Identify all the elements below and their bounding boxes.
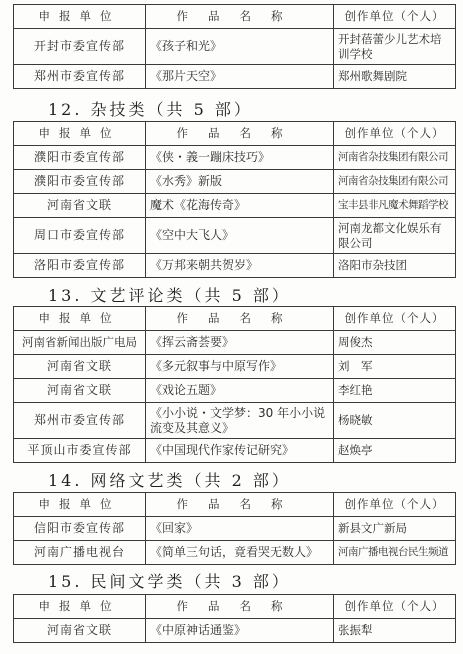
table-row: 濮阳市委宣传部 《侠・義一蹦床技巧》 河南省杂技集团有限公司 <box>14 146 456 170</box>
header-creator: 创作单位（个人） <box>334 595 456 619</box>
cell-work: 《戏论五题》 <box>146 379 334 403</box>
cell-unit: 濮阳市委宣传部 <box>14 146 146 170</box>
cell-work: 《空中大飞人》 <box>146 218 334 254</box>
table-row: 河南省文联 魔术《花海传奇》 宝丰县非凡魔术舞蹈学校 <box>14 194 456 218</box>
header-unit: 申报单位 <box>14 307 146 331</box>
table-header-row: 申报单位 作品名称 创作单位（个人） <box>14 122 456 146</box>
header-unit: 申报单位 <box>14 122 146 146</box>
cell-creator: 河南省杂技集团有限公司 <box>334 170 456 194</box>
header-work: 作品名称 <box>146 122 334 146</box>
header-work: 作品名称 <box>146 595 334 619</box>
table-literary-criticism: 申报单位 作品名称 创作单位（个人） 河南省新闻出版广电局 《挥云斋荟要》 周俊… <box>13 306 456 463</box>
cell-work: 《万邦来朝共贺岁》 <box>146 254 334 278</box>
table-row: 周口市委宣传部 《空中大飞人》 河南龙都文化娱乐有限公司 <box>14 218 456 254</box>
table-row: 河南省文联 《中原神话通鉴》 张振犁 <box>14 619 456 643</box>
cell-work: 《挥云斋荟要》 <box>146 331 334 355</box>
table-row: 濮阳市委宣传部 《水秀》新版 河南省杂技集团有限公司 <box>14 170 456 194</box>
section-title-online-arts: 14. 网络文艺类（共 2 部） <box>48 468 291 491</box>
table-row: 河南省文联 《多元叙事与中原写作》 刘 军 <box>14 355 456 379</box>
cell-unit: 濮阳市委宣传部 <box>14 170 146 194</box>
cell-unit: 河南广播电视台 <box>14 541 146 565</box>
table-online-arts: 申报单位 作品名称 创作单位（个人） 信阳市委宣传部 《回家》 新县文广新局 河… <box>13 492 456 565</box>
cell-unit: 洛阳市委宣传部 <box>14 254 146 278</box>
header-creator: 创作单位（个人） <box>334 493 456 517</box>
header-creator: 创作单位（个人） <box>334 122 456 146</box>
cell-work: 魔术《花海传奇》 <box>146 194 334 218</box>
cell-creator: 张振犁 <box>334 619 456 643</box>
header-unit: 申报单位 <box>14 595 146 619</box>
table-folk-literature: 申报单位 作品名称 创作单位（个人） 河南省文联 《中原神话通鉴》 张振犁 <box>13 594 456 643</box>
cell-work: 《那片天空》 <box>146 65 334 89</box>
cell-work: 《中国现代作家传记研究》 <box>146 439 334 463</box>
cell-unit: 河南省文联 <box>14 355 146 379</box>
cell-work: 《多元叙事与中原写作》 <box>146 355 334 379</box>
cell-unit: 河南省新闻出版广电局 <box>14 331 146 355</box>
table-row: 郑州市委宣传部 《那片天空》 郑州歌舞剧院 <box>14 65 456 89</box>
cell-unit: 郑州市委宣传部 <box>14 403 146 439</box>
cell-creator: 周俊杰 <box>334 331 456 355</box>
table-header-row: 申报单位 作品名称 创作单位（个人） <box>14 493 456 517</box>
cell-unit: 开封市委宣传部 <box>14 29 146 65</box>
header-work: 作品名称 <box>146 5 334 29</box>
table-row: 河南省文联 《戏论五题》 李红艳 <box>14 379 456 403</box>
header-work: 作品名称 <box>146 493 334 517</box>
cell-creator: 开封蓓蕾少儿艺术培训学校 <box>334 29 456 65</box>
cell-creator: 宝丰县非凡魔术舞蹈学校 <box>334 194 456 218</box>
cell-work: 《小小说・文学梦：30 年小小说流变及其意义》 <box>146 403 334 439</box>
cell-creator: 刘 军 <box>334 355 456 379</box>
cell-unit: 信阳市委宣传部 <box>14 517 146 541</box>
header-unit: 申报单位 <box>14 493 146 517</box>
cell-creator: 郑州歌舞剧院 <box>334 65 456 89</box>
cell-work: 《回家》 <box>146 517 334 541</box>
cell-creator: 赵焕亭 <box>334 439 456 463</box>
cell-work: 《孩子和光》 <box>146 29 334 65</box>
table-header-row: 申报单位 作品名称 创作单位（个人） <box>14 307 456 331</box>
cell-unit: 河南省文联 <box>14 619 146 643</box>
header-work: 作品名称 <box>146 307 334 331</box>
cell-creator: 洛阳市杂技团 <box>334 254 456 278</box>
cell-creator: 李红艳 <box>334 379 456 403</box>
cell-creator: 河南龙都文化娱乐有限公司 <box>334 218 456 254</box>
cell-creator: 河南广播电视台民生频道 <box>334 541 456 565</box>
table-row: 河南省新闻出版广电局 《挥云斋荟要》 周俊杰 <box>14 331 456 355</box>
table-row: 开封市委宣传部 《孩子和光》 开封蓓蕾少儿艺术培训学校 <box>14 29 456 65</box>
table-header-row: 申报单位 作品名称 创作单位（个人） <box>14 5 456 29</box>
section-title-literary-criticism: 13. 文艺评论类（共 5 部） <box>48 283 291 306</box>
header-creator: 创作单位（个人） <box>334 307 456 331</box>
section-title-acrobatics: 12. 杂技类（共 5 部） <box>48 97 253 120</box>
cell-unit: 郑州市委宣传部 <box>14 65 146 89</box>
section-title-folk-literature: 15. 民间文学类（共 3 部） <box>48 569 291 592</box>
cell-unit: 河南省文联 <box>14 194 146 218</box>
table-row: 洛阳市委宣传部 《万邦来朝共贺岁》 洛阳市杂技团 <box>14 254 456 278</box>
cell-unit: 周口市委宣传部 <box>14 218 146 254</box>
table-header-row: 申报单位 作品名称 创作单位（个人） <box>14 595 456 619</box>
table-row: 信阳市委宣传部 《回家》 新县文广新局 <box>14 517 456 541</box>
cell-creator: 杨晓敏 <box>334 403 456 439</box>
table-acrobatics: 申报单位 作品名称 创作单位（个人） 濮阳市委宣传部 《侠・義一蹦床技巧》 河南… <box>13 121 456 278</box>
cell-work: 《中原神话通鉴》 <box>146 619 334 643</box>
document-page: 申报单位 作品名称 创作单位（个人） 开封市委宣传部 《孩子和光》 开封蓓蕾少儿… <box>0 0 463 654</box>
cell-unit: 河南省文联 <box>14 379 146 403</box>
cell-creator: 新县文广新局 <box>334 517 456 541</box>
cell-work: 《简单三句话，竟看哭无数人》 <box>146 541 334 565</box>
table-row: 平顶山市委宣传部 《中国现代作家传记研究》 赵焕亭 <box>14 439 456 463</box>
cell-creator: 河南省杂技集团有限公司 <box>334 146 456 170</box>
table-continued: 申报单位 作品名称 创作单位（个人） 开封市委宣传部 《孩子和光》 开封蓓蕾少儿… <box>13 4 456 89</box>
cell-unit: 平顶山市委宣传部 <box>14 439 146 463</box>
table-row: 郑州市委宣传部 《小小说・文学梦：30 年小小说流变及其意义》 杨晓敏 <box>14 403 456 439</box>
table-row: 河南广播电视台 《简单三句话，竟看哭无数人》 河南广播电视台民生频道 <box>14 541 456 565</box>
header-unit: 申报单位 <box>14 5 146 29</box>
header-creator: 创作单位（个人） <box>334 5 456 29</box>
cell-work: 《水秀》新版 <box>146 170 334 194</box>
cell-work: 《侠・義一蹦床技巧》 <box>146 146 334 170</box>
